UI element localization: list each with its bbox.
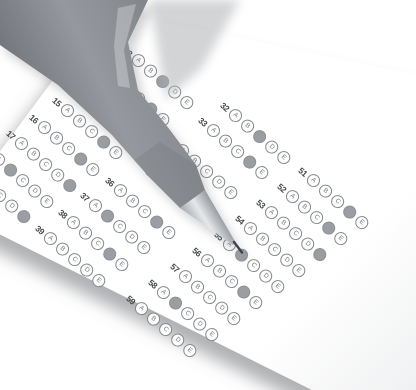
- photo-scene: 12 ABCDE 13 ABCDE 14 ABCDE 15 ABCDE 16 A…: [0, 0, 416, 390]
- mechanical-pencil: [0, 0, 416, 390]
- pencil-cast-shadow: [150, 0, 240, 100]
- pencil-lead: [234, 242, 242, 253]
